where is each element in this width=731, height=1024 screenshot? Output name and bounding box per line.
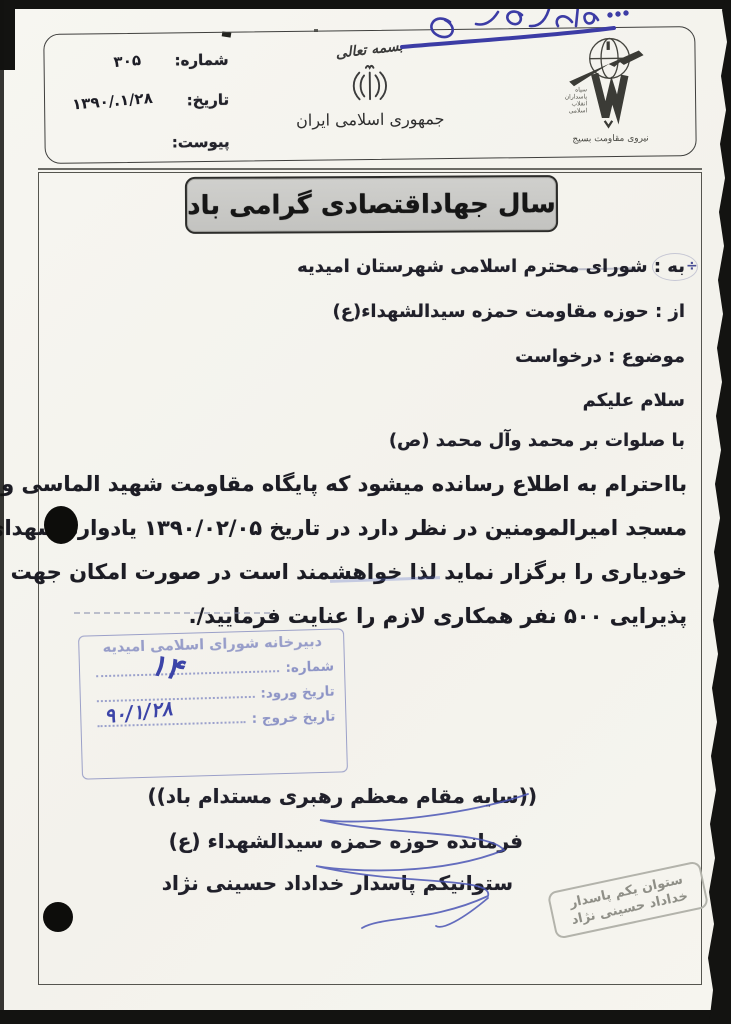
year-slogan-text: سال جهاداقتصادی گرامی باد — [187, 189, 556, 221]
hole-punch-bottom — [43, 902, 73, 932]
letter-from-line: از : حوزه مقاومت حمزه سیدالشهداء(ع) — [332, 301, 685, 322]
scan-edge-left — [0, 0, 4, 1024]
registry-date-in-label: تاریخ ورود: — [260, 684, 335, 702]
registry-number-row: شماره: — [92, 659, 334, 682]
date-value: ۱۳۹۰/.۱/۲۸ — [71, 89, 153, 114]
scan-edge-top — [0, 0, 731, 9]
letter-salawat: با صلوات بر محمد وآل محمد (ص) — [389, 430, 685, 451]
torn-paper-edge — [699, 0, 731, 1024]
number-label: شماره: — [175, 51, 229, 70]
body-line-4: پذیرایی ۵۰۰ نفر همکاری لازم را عنایت فرم… — [189, 604, 687, 628]
logo-caption: نیروی مقاومت بسیج — [551, 133, 669, 144]
letterhead-attachment-row: پیوست: — [172, 133, 230, 152]
body-line-2: مسجد امیرالمومنین در نظر دارد در تاریخ ۱… — [0, 516, 687, 540]
registry-stamp-title: دبیرخانه شورای اسلامی امیدیه — [91, 634, 333, 657]
attachment-label: پیوست: — [172, 133, 230, 152]
logo-side-text: سپاه پاسداران انقلاب اسلامی — [553, 86, 587, 114]
hole-punch-top — [44, 506, 78, 544]
iran-allah-emblem-icon — [351, 60, 390, 106]
dotted-leader — [96, 670, 279, 677]
year-slogan-banner: سال جهاداقتصادی گرامی باد — [185, 175, 558, 234]
number-value: ۳۰۵ — [112, 51, 141, 71]
letterhead-date-row: تاریخ: ۱۳۹۰/.۱/۲۸ — [72, 91, 229, 111]
scanned-letter-page: شماره: ۳۰۵ تاریخ: ۱۳۹۰/.۱/۲۸ پیوست: بسمه… — [0, 0, 731, 1024]
letterhead-number-row: شماره: ۳۰۵ — [113, 51, 229, 70]
letter-salutation: سلام علیکم — [583, 390, 685, 411]
scan-edge-bottom — [0, 1010, 731, 1024]
registry-date-out-label: تاریخ خروج : — [251, 709, 335, 727]
letter-to-line: به : شورای محترم اسلامی شهرستان امیدیه — [297, 256, 685, 277]
body-line-1: بااحترام به اطلاع رسانده میشود که پایگاه… — [1, 472, 687, 496]
letter-subject-line: موضوع : درخواست — [515, 346, 685, 367]
state-name: جمهوری اسلامی ایران — [260, 109, 480, 131]
pencil-dashed-line — [74, 612, 270, 614]
date-label: تاریخ: — [187, 91, 230, 110]
registry-number-label: شماره: — [285, 659, 334, 676]
pen-signature-scribble-icon — [290, 780, 540, 940]
frame-top-rule — [38, 168, 702, 170]
